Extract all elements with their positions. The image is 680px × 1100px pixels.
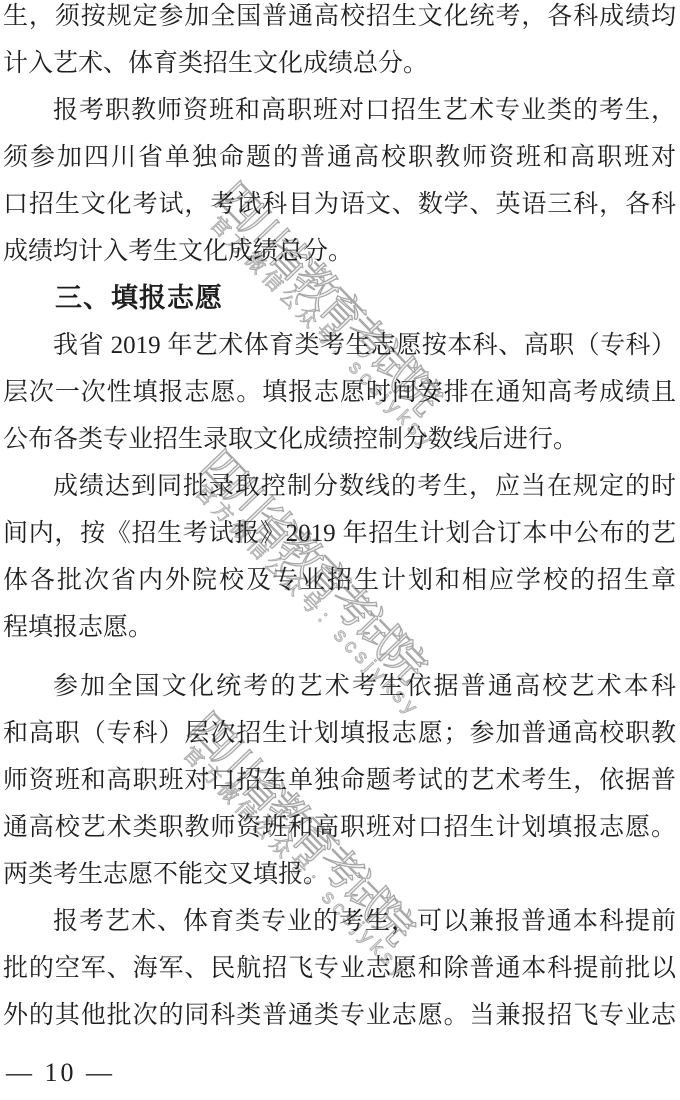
text-line: 和高职（专科）层次招生计划填报志愿；参加普通高校职教: [3, 710, 676, 757]
text-line: 程填报志愿。: [3, 604, 676, 651]
text-line: 公布各类专业招生录取文化成绩控制分数线后进行。: [3, 416, 676, 463]
paragraph: 报考艺术、体育类专业的考生，可以兼报普通本科提前批的空军、海军、民航招飞专业志愿…: [3, 898, 676, 1039]
text-line: 生，须按规定参加全国普通高校招生文化统考，各科成绩均: [3, 0, 676, 40]
text-line: 体各批次省内外院校及专业招生计划和相应学校的招生章: [3, 557, 676, 604]
text-line: 成绩均计入考生文化成绩总分。: [3, 228, 676, 275]
document-content: 生，须按规定参加全国普通高校招生文化统考，各科成绩均计入艺术、体育类招生文化成绩…: [3, 0, 676, 1039]
paragraph: 我省 2019 年艺术体育类考生志愿按本科、高职（专科）层次一次性填报志愿。填报…: [3, 322, 676, 463]
text-line: 师资班和高职班对口招生单独命题考试的艺术考生，依据普: [3, 757, 676, 804]
paragraph: 参加全国文化统考的艺术考生依据普通高校艺术本科和高职（专科）层次招生计划填报志愿…: [3, 663, 676, 898]
text-line: 须参加四川省单独命题的普通高校职教师资班和高职班对: [3, 134, 676, 181]
paragraph: 报考职教师资班和高职班对口招生艺术专业类的考生，须参加四川省单独命题的普通高校职…: [3, 87, 676, 275]
paragraph: 成绩达到同批录取控制分数线的考生，应当在规定的时间内，按《招生考试报》2019 …: [3, 463, 676, 651]
section-heading: 三、填报志愿: [3, 275, 676, 322]
text-line: 我省 2019 年艺术体育类考生志愿按本科、高职（专科）: [3, 322, 676, 369]
paragraph: 生，须按规定参加全国普通高校招生文化统考，各科成绩均计入艺术、体育类招生文化成绩…: [3, 0, 676, 87]
text-line: 口招生文化考试，考试科目为语文、数学、英语三科，各科: [3, 181, 676, 228]
heading-text: 三、填报志愿: [3, 275, 676, 322]
document-page: 四川省教育考试院 官方微信公众号：scsjyksy 四川省教育考试院 官方微信公…: [0, 0, 680, 1100]
text-line: 报考艺术、体育类专业的考生，可以兼报普通本科提前: [3, 898, 676, 945]
text-line: 两类考生志愿不能交叉填报。: [3, 851, 676, 898]
text-line: 成绩达到同批录取控制分数线的考生，应当在规定的时: [3, 463, 676, 510]
text-line: 间内，按《招生考试报》2019 年招生计划合订本中公布的艺: [3, 510, 676, 557]
text-line: 参加全国文化统考的艺术考生依据普通高校艺术本科: [3, 663, 676, 710]
text-line: 计入艺术、体育类招生文化成绩总分。: [3, 40, 676, 87]
text-line: 通高校艺术类职教师资班和高职班对口招生计划填报志愿。: [3, 804, 676, 851]
text-line: 层次一次性填报志愿。填报志愿时间安排在通知高考成绩且: [3, 369, 676, 416]
page-number: — 10 —: [6, 1056, 115, 1090]
text-line: 批的空军、海军、民航招飞专业志愿和除普通本科提前批以: [3, 945, 676, 992]
text-line: 报考职教师资班和高职班对口招生艺术专业类的考生，: [3, 87, 676, 134]
text-line: 外的其他批次的同科类普通类专业志愿。当兼报招飞专业志: [3, 992, 676, 1039]
